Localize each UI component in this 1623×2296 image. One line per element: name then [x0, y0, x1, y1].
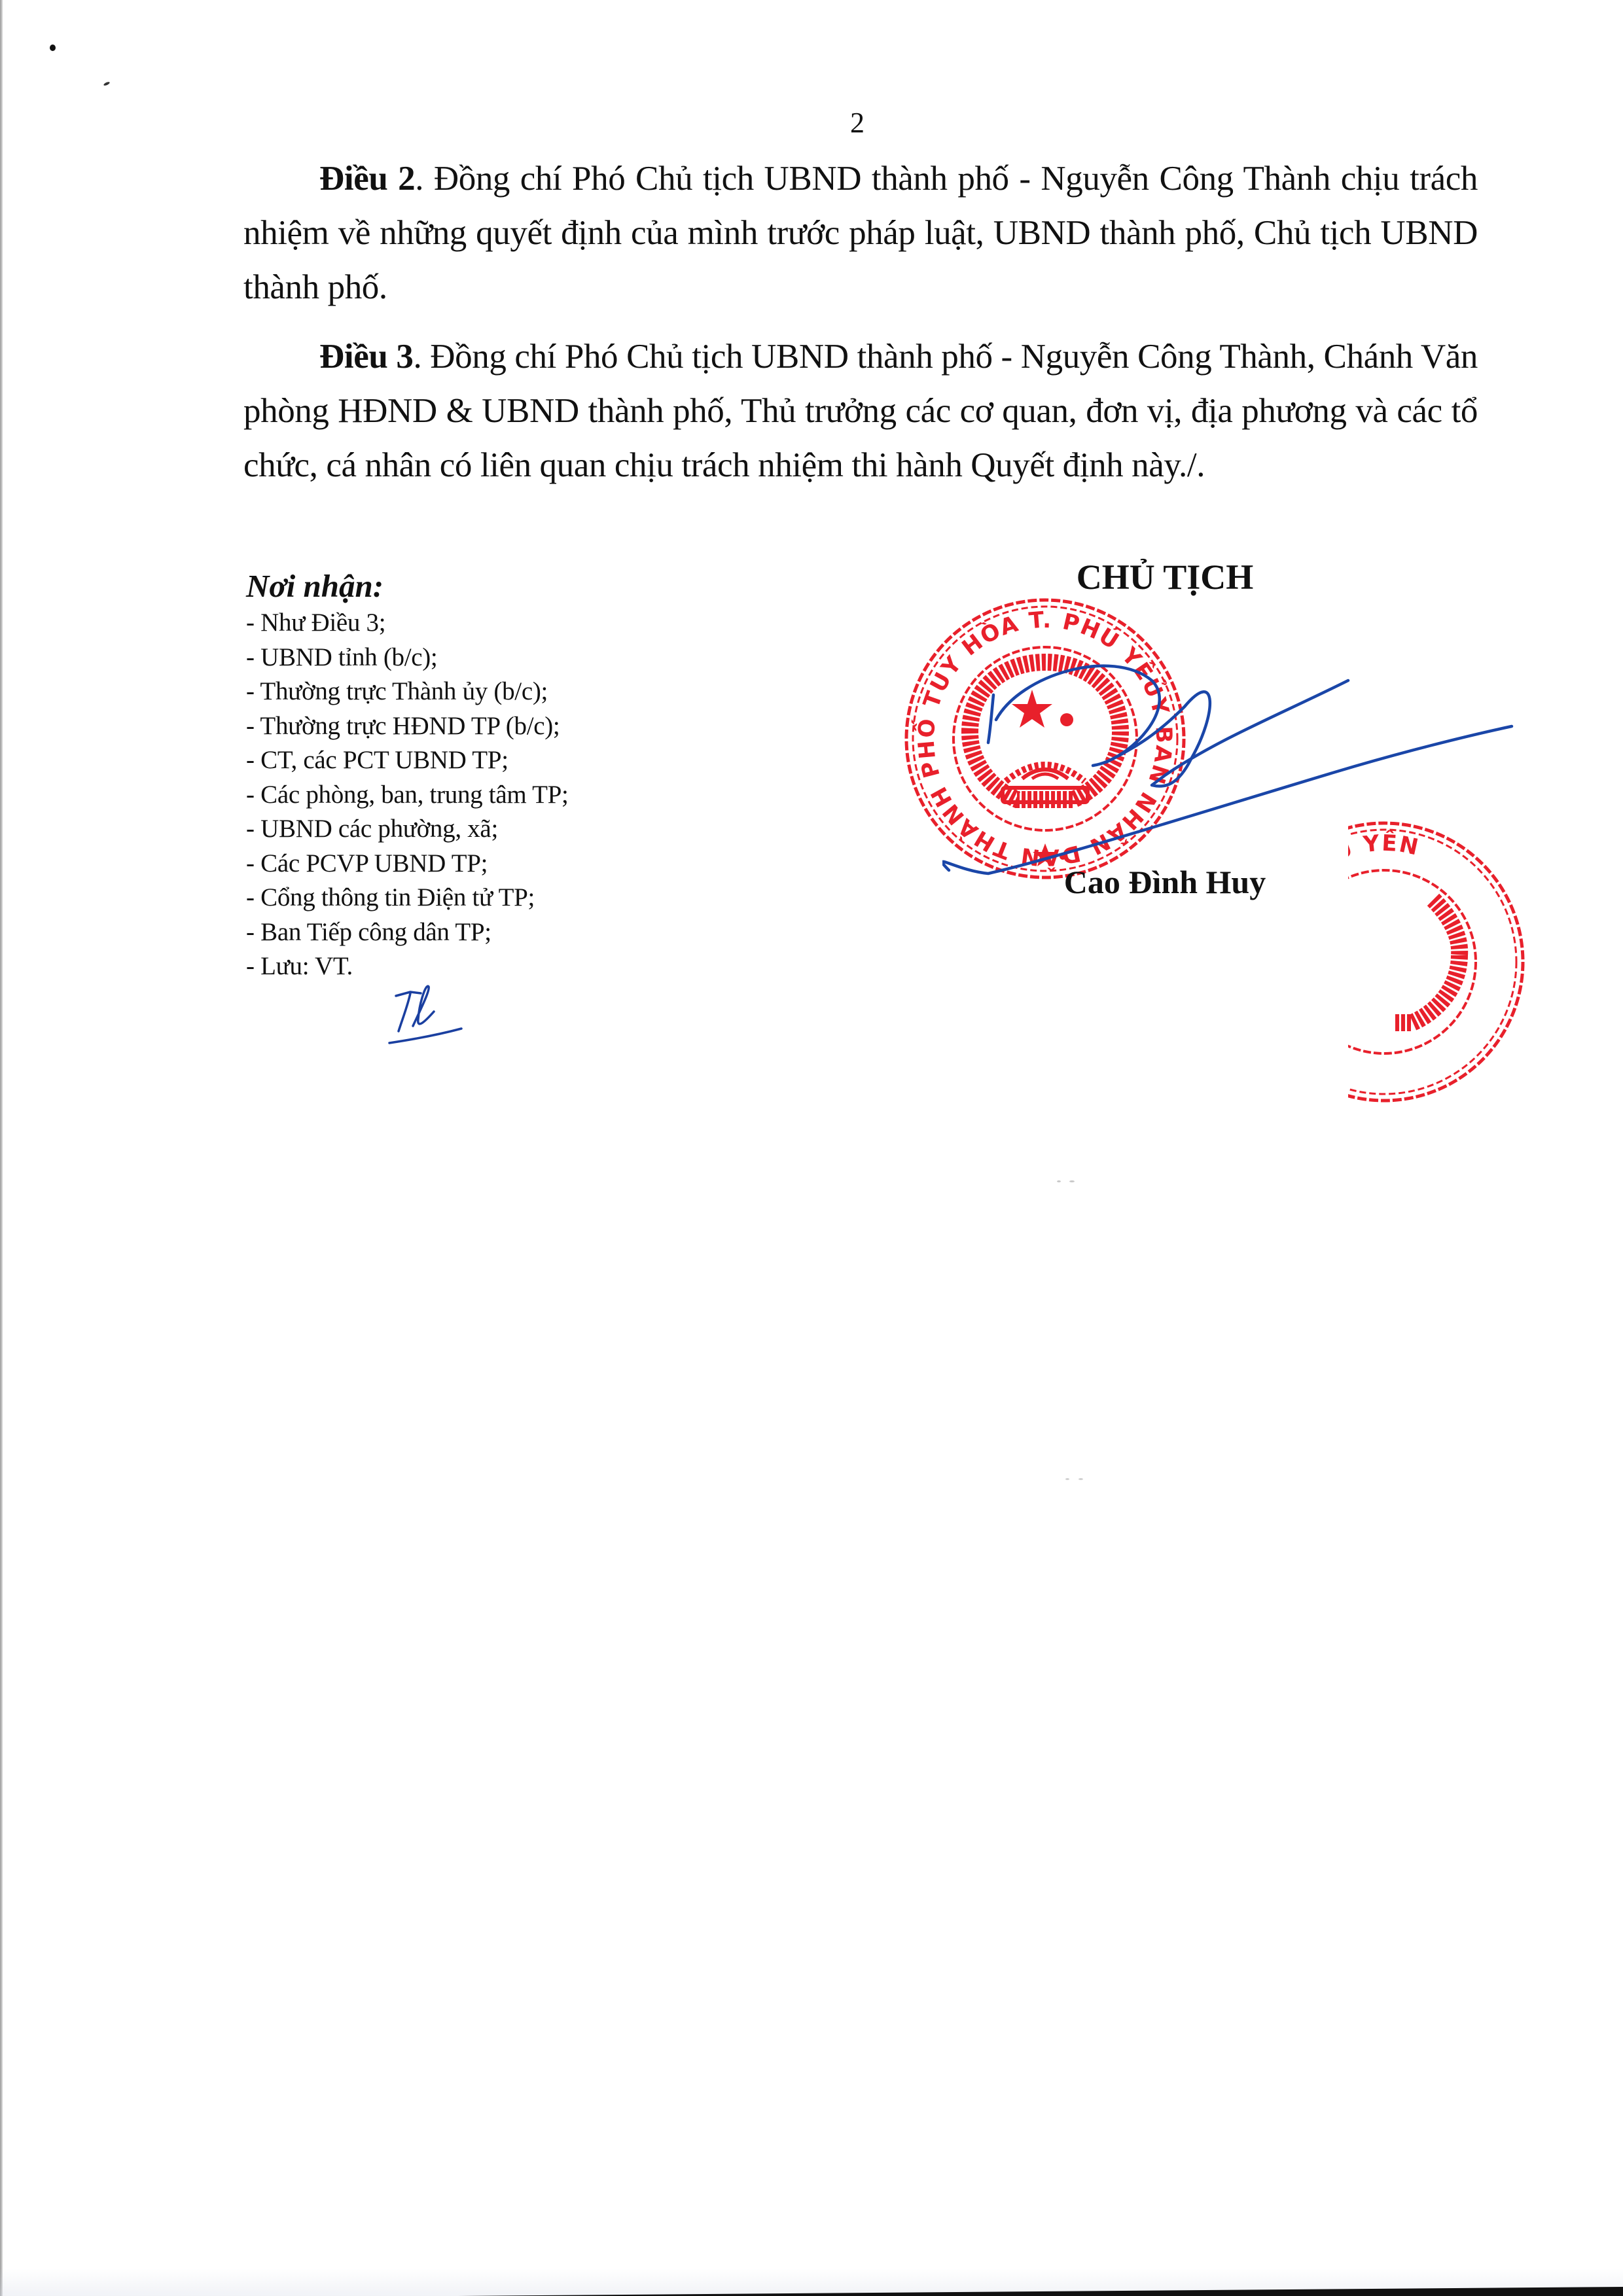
page-number: 2 — [844, 105, 870, 141]
scan-speck — [1069, 1180, 1075, 1182]
recipient-item: - Thường trực HĐND TP (b/c); — [246, 709, 704, 744]
recipient-item: - UBND các phường, xã; — [246, 812, 704, 847]
recipient-item: - Ban Tiếp công dân TP; — [246, 915, 704, 950]
article-2-text: . Đồng chí Phó Chủ tịch UBND thành phố -… — [243, 160, 1478, 306]
recipient-item: - Như Điều 3; — [246, 606, 704, 641]
scan-speck — [103, 81, 111, 86]
scan-speck — [1079, 1478, 1083, 1480]
recipient-item: - UBND tỉnh (b/c); — [246, 641, 704, 675]
recipient-item: - Các phòng, ban, trung tâm TP; — [246, 778, 704, 813]
scan-speck — [1065, 1478, 1069, 1480]
article-3-text: . Đồng chí Phó Chủ tịch UBND thành phố -… — [243, 338, 1478, 484]
signer-name: Cao Đình Huy — [1001, 862, 1329, 902]
handwritten-signature-icon — [942, 654, 1518, 890]
article-2: Điều 2. Đồng chí Phó Chủ tịch UBND thành… — [243, 152, 1478, 315]
initials-mark-icon — [370, 983, 468, 1048]
recipients-title: Nơi nhận: — [246, 568, 704, 605]
scan-speck — [1057, 1180, 1061, 1182]
recipient-item: - CT, các PCT UBND TP; — [246, 743, 704, 778]
scan-edge-shadow — [0, 0, 3, 2296]
recipient-item: - Cổng thông tin Điện tử TP; — [246, 881, 704, 915]
article-3: Điều 3. Đồng chí Phó Chủ tịch UBND thành… — [243, 330, 1478, 493]
recipient-item: - Thường trực Thành ủy (b/c); — [246, 675, 704, 709]
article-2-label: Điều 2 — [319, 160, 415, 198]
recipient-item: - Các PCVP UBND TP; — [246, 847, 704, 881]
document-page: 2 Điều 2. Đồng chí Phó Chủ tịch UBND thà… — [0, 0, 1623, 2296]
scan-speck — [50, 44, 56, 51]
recipient-item: - Lưu: VT. — [246, 949, 704, 984]
recipients-block: Nơi nhận: - Như Điều 3; - UBND tỉnh (b/c… — [246, 568, 704, 984]
article-3-label: Điều 3 — [319, 338, 413, 376]
recipients-list: - Như Điều 3; - UBND tỉnh (b/c); - Thườn… — [246, 606, 704, 984]
